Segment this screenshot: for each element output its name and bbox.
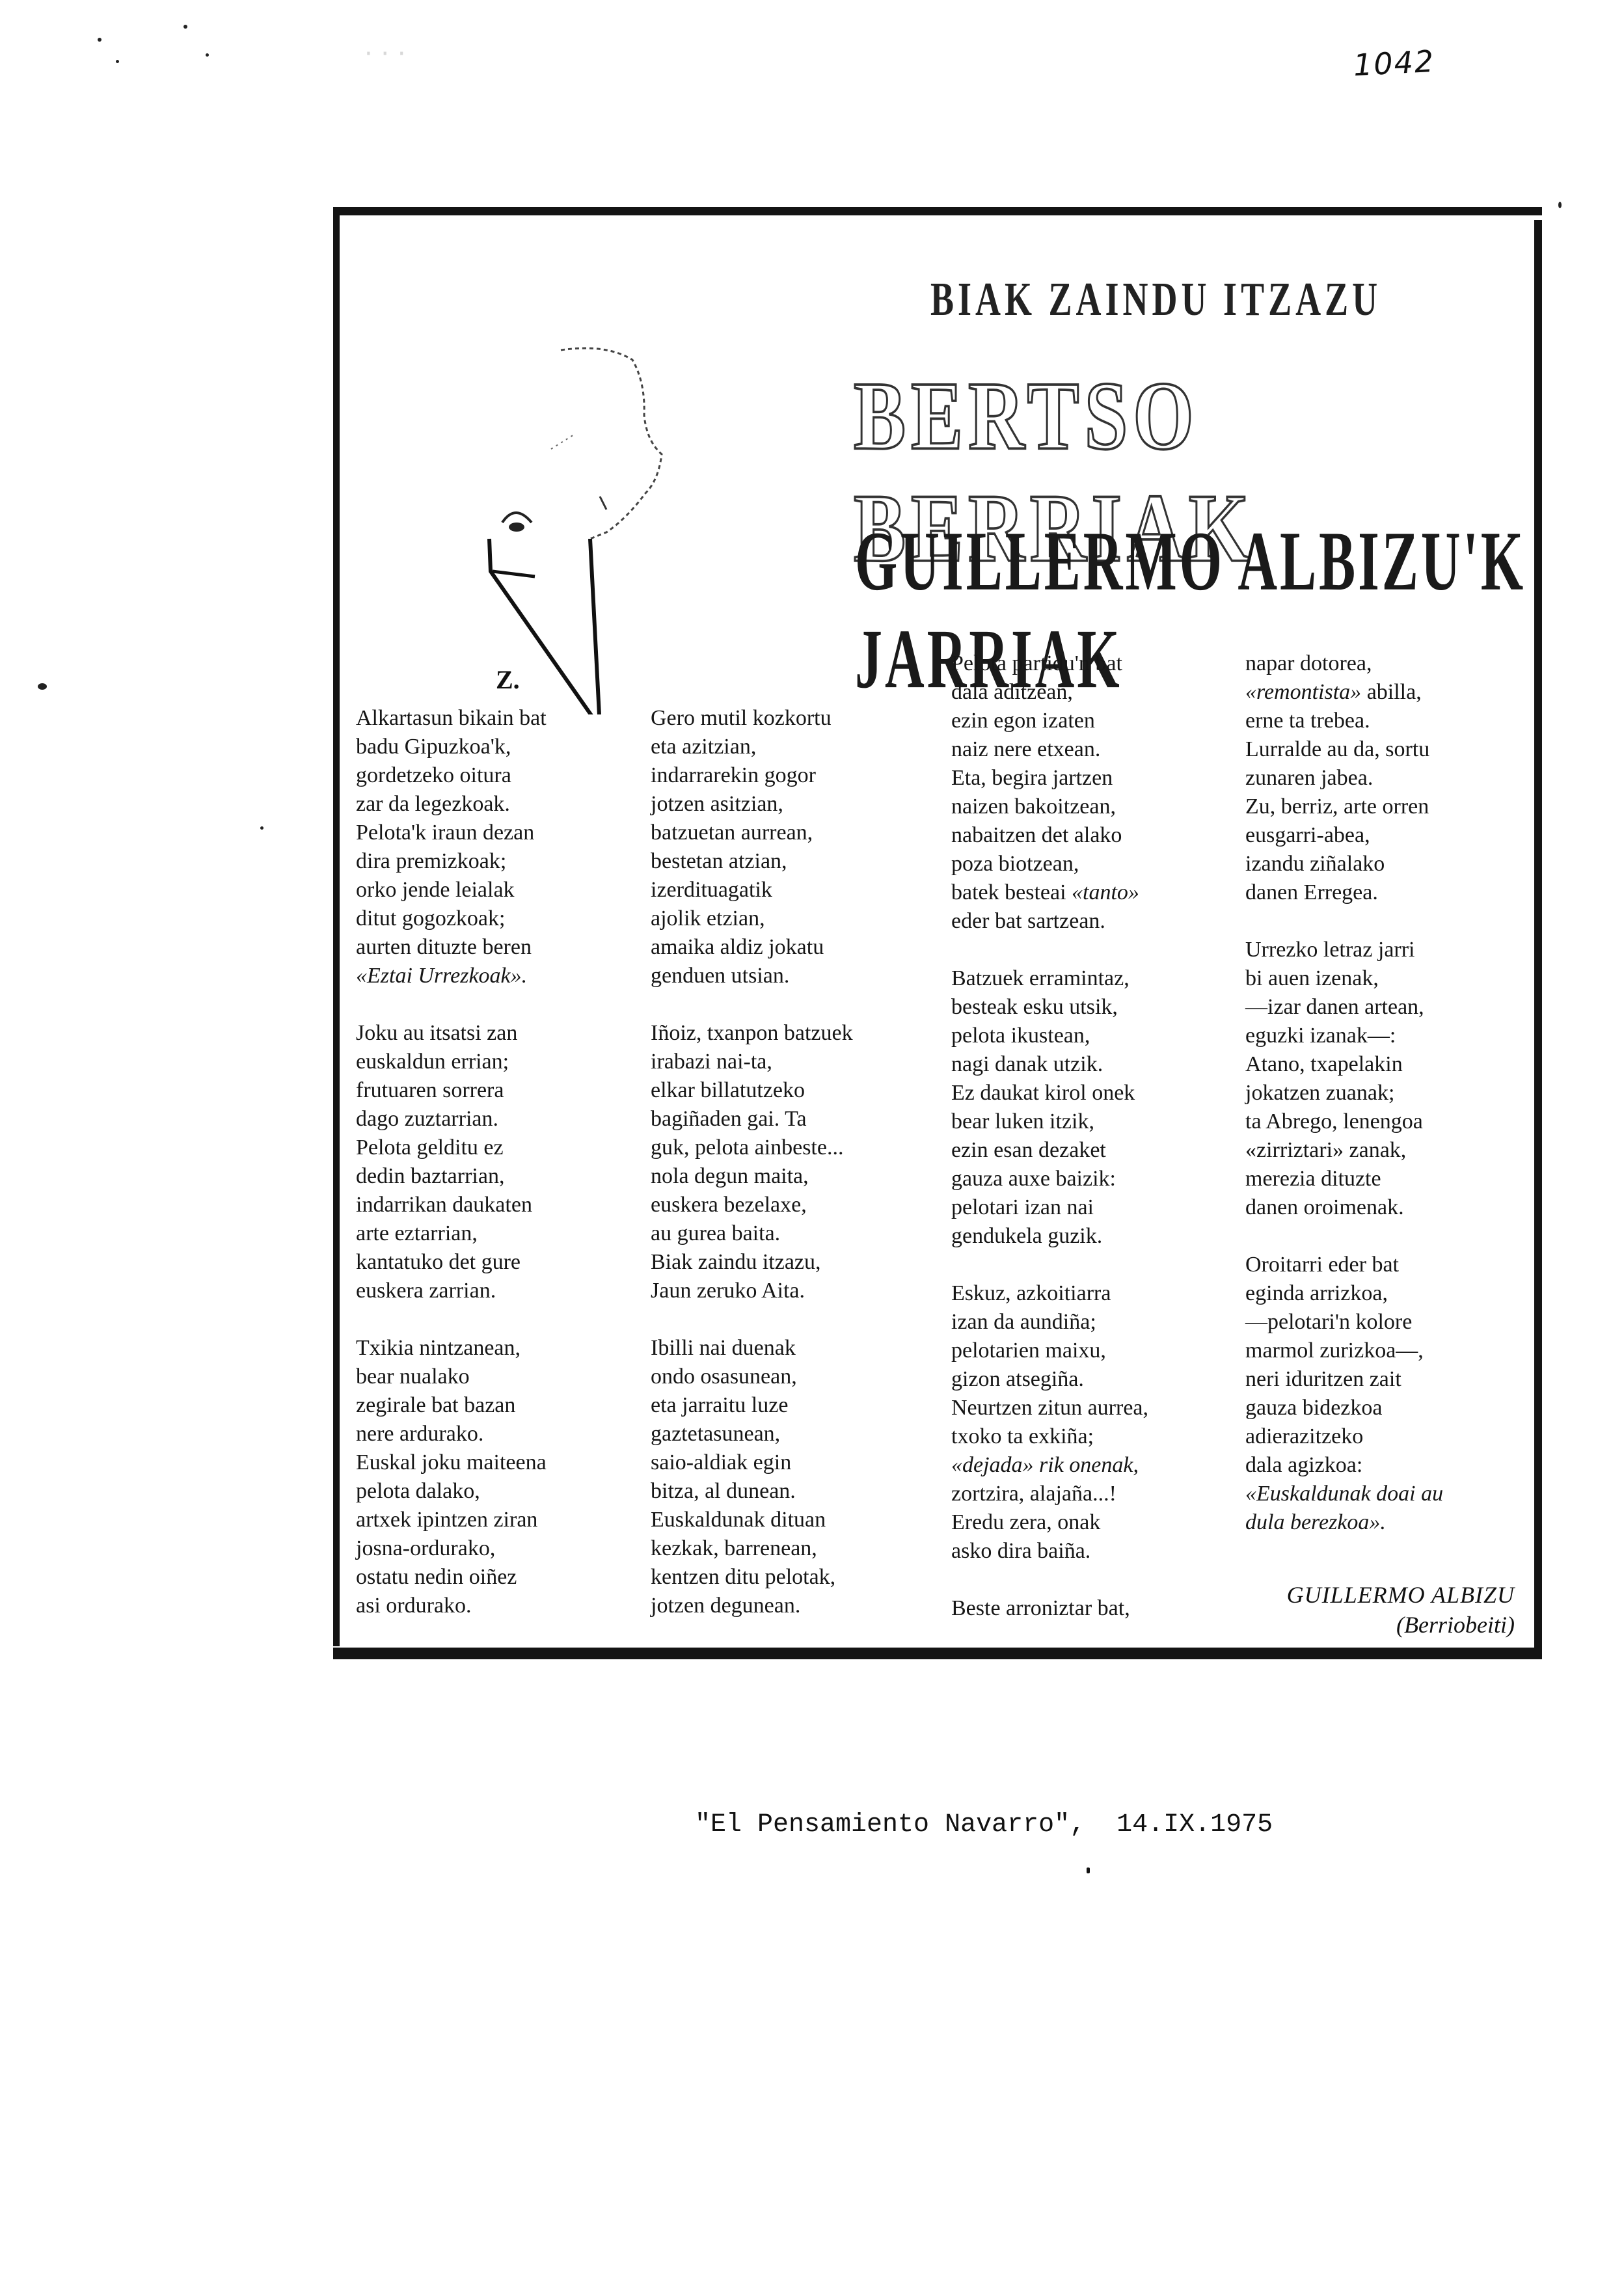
verse-line: Alkartasun bikain bat (356, 704, 629, 733)
scan-speck (183, 25, 187, 29)
verse-line: pelota dalako, (356, 1477, 629, 1506)
verse-line: pelotari izan nai (951, 1193, 1238, 1222)
verse-line: eder bat sartzean. (951, 907, 1238, 936)
verse-line: izan da aundiña; (951, 1308, 1238, 1337)
verse-line: jokatzen zuanak; (1245, 1079, 1519, 1107)
stanza: Urrezko letraz jarribi auen izenak,—izar… (1245, 936, 1519, 1222)
verse-line: badu Gipuzkoa'k, (356, 733, 629, 761)
verse-line: eta jarraitu luze (651, 1391, 937, 1420)
verse-line: gauza bidezkoa (1245, 1394, 1519, 1422)
verse-line: Ibilli nai duenak (651, 1334, 937, 1363)
verse-line: «dejada» rik onenak, (951, 1451, 1238, 1480)
verse-line: Iñoiz, txanpon batzuek (651, 1019, 937, 1048)
verse-line: au gurea baita. (651, 1219, 937, 1248)
signature: GUILLERMO ALBIZU (Berriobeiti) (1287, 1580, 1515, 1640)
verse-line: gordetzeko oitura (356, 761, 629, 790)
stanza: Joku au itsatsi zaneuskaldun errian;frut… (356, 1019, 629, 1305)
verse-line: ajolik etzian, (651, 904, 937, 933)
stanza: Oroitarri eder bateginda arrizkoa,—pelot… (1245, 1251, 1519, 1537)
verse-line: indarrarekin gogor (651, 761, 937, 790)
verse-line: nagi danak utzik. (951, 1050, 1238, 1079)
verse-line: elkar billatutzeko (651, 1076, 937, 1105)
verse-line: Pelota gelditu ez (356, 1134, 629, 1162)
verse-line: bagiñaden gai. Ta (651, 1105, 937, 1134)
stanza: Batzuek erramintaz,besteak esku utsik,pe… (951, 964, 1238, 1251)
verse-line: arte eztarrian, (356, 1219, 629, 1248)
verse-line: besteak esku utsik, (951, 993, 1238, 1022)
verse-line: Oroitarri eder bat (1245, 1251, 1519, 1279)
newspaper-clipping: Z. BIAK ZAINDU ITZAZU BERTSO BERRIAK GUI… (333, 207, 1542, 1646)
border-left (333, 207, 340, 1646)
verse-line: dira premizkoak; (356, 847, 629, 876)
verse-line: euskera zarrian. (356, 1277, 629, 1305)
verse-line: izerdituagatik (651, 876, 937, 904)
verse-line: ondo osasunean, (651, 1363, 937, 1391)
author-pseudonym: (Berriobeiti) (1287, 1610, 1515, 1640)
verse-line: zortzira, alajaña...! (951, 1480, 1238, 1508)
verse-line: eta azitzian, (651, 733, 937, 761)
verse-line: Atano, txapelakin (1245, 1050, 1519, 1079)
verse-line: neri iduritzen zait (1245, 1365, 1519, 1394)
verse-line: dula berezkoa». (1245, 1508, 1519, 1537)
verse-line: zunaren jabea. (1245, 764, 1519, 793)
verse-line: dago zuztarrian. (356, 1105, 629, 1134)
verse-line: ezin egon izaten (951, 707, 1238, 735)
stanza: Gero mutil kozkortueta azitzian,indarrar… (651, 704, 937, 990)
verse-line: bear luken itzik, (951, 1107, 1238, 1136)
verse-line: poza biotzean, (951, 850, 1238, 878)
scan-speck (260, 826, 264, 830)
stanza: Eskuz, azkoitiarraizan da aundiña;pelota… (951, 1279, 1238, 1566)
verse-line: Biak zaindu itzazu, (651, 1248, 937, 1277)
verse-line: gizon atsegiña. (951, 1365, 1238, 1394)
poem-column: Alkartasun bikain batbadu Gipuzkoa'k,gor… (356, 704, 629, 1620)
border-top (333, 207, 1542, 215)
verse-line: frutuaren sorrera (356, 1076, 629, 1105)
verse-line: napar dotorea, (1245, 649, 1519, 678)
verse-line: «Euskaldunak doai au (1245, 1480, 1519, 1508)
verse-line: kentzen ditu pelotak, (651, 1563, 937, 1592)
verse-line: gauza auxe baizik: (951, 1165, 1238, 1193)
verse-line: asko dira baiña. (951, 1537, 1238, 1566)
verse-line: eusgarri-abea, (1245, 821, 1519, 850)
stanza: Ibilli nai duenakondo osasunean,eta jarr… (651, 1334, 937, 1620)
verse-line: Urrezko letraz jarri (1245, 936, 1519, 964)
verse-line: ta Abrego, lenengoa (1245, 1107, 1519, 1136)
verse-line: zegirale bat bazan (356, 1391, 629, 1420)
verse-line: ditut gogozkoak; (356, 904, 629, 933)
verse-line: batzuetan aurrean, (651, 819, 937, 847)
caricature-portrait-icon: Z. (411, 246, 697, 714)
verse-line: asi ordurako. (356, 1592, 629, 1620)
verse-line: dala aditzean, (951, 678, 1238, 707)
verse-line: eginda arrizkoa, (1245, 1279, 1519, 1308)
verse-line: txoko ta exkiña; (951, 1422, 1238, 1451)
verse-line: danen Erregea. (1245, 878, 1519, 907)
stanza: Iñoiz, txanpon batzuekirabazi nai-ta,elk… (651, 1019, 937, 1305)
verse-line: nere ardurako. (356, 1420, 629, 1448)
verse-line: gaztetasunean, (651, 1420, 937, 1448)
verse-line: «remontista» abilla, (1245, 678, 1519, 707)
stanza: Beste arroniztar bat, (951, 1594, 1238, 1623)
verse-line: euskera bezelaxe, (651, 1191, 937, 1219)
verse-line: indarrikan daukaten (356, 1191, 629, 1219)
poem-column: Pelota partidu'n batdala aditzean,ezin e… (951, 649, 1238, 1623)
stanza: Alkartasun bikain batbadu Gipuzkoa'k,gor… (356, 704, 629, 990)
verse-line: pelotarien maixu, (951, 1337, 1238, 1365)
verse-line: Eta, begira jartzen (951, 764, 1238, 793)
verse-line: «Eztai Urrezkoak». (356, 962, 629, 990)
verse-line: —pelotari'n kolore (1245, 1308, 1519, 1337)
verse-line: Euskaldunak dituan (651, 1506, 937, 1534)
verse-line: aurten dituzte beren (356, 933, 629, 962)
verse-line: saio-aldiak egin (651, 1448, 937, 1477)
verse-line: Pelota'k iraun dezan (356, 819, 629, 847)
scan-speck (98, 38, 101, 42)
verse-line: nabaitzen det alako (951, 821, 1238, 850)
verse-line: Lurralde au da, sortu (1245, 735, 1519, 764)
verse-line: nola degun maita, (651, 1162, 937, 1191)
verse-line: artxek ipintzen ziran (356, 1506, 629, 1534)
stanza: napar dotorea,«remontista» abilla,erne t… (1245, 649, 1519, 907)
verse-line: guk, pelota ainbeste... (651, 1134, 937, 1162)
verse-line: irabazi nai-ta, (651, 1048, 937, 1076)
verse-line: Pelota partidu'n bat (951, 649, 1238, 678)
poem-column: napar dotorea,«remontista» abilla,erne t… (1245, 649, 1519, 1537)
verse-line: Eskuz, azkoitiarra (951, 1279, 1238, 1308)
faint-stamp: · · · (364, 39, 406, 69)
verse-line: Ez daukat kirol onek (951, 1079, 1238, 1107)
scan-speck (116, 60, 119, 63)
border-bottom (333, 1648, 1542, 1659)
verse-line: izandu ziñalako (1245, 850, 1519, 878)
verse-line: merezia dituzte (1245, 1165, 1519, 1193)
verse-line: batek besteai «tanto» (951, 878, 1238, 907)
scan-speck (38, 683, 47, 690)
verse-line: marmol zurizkoa—, (1245, 1337, 1519, 1365)
svg-text:Z.: Z. (496, 665, 520, 694)
verse-line: Joku au itsatsi zan (356, 1019, 629, 1048)
poem-column: Gero mutil kozkortueta azitzian,indarrar… (651, 704, 937, 1620)
verse-line: bi auen izenak, (1245, 964, 1519, 993)
verse-line: Gero mutil kozkortu (651, 704, 937, 733)
verse-line: naiz nere etxean. (951, 735, 1238, 764)
verse-line: adierazitzeko (1245, 1422, 1519, 1451)
verse-line: genduen utsian. (651, 962, 937, 990)
verse-line: kantatuko det gure (356, 1248, 629, 1277)
verse-line: dedin baztarrian, (356, 1162, 629, 1191)
stanza: Pelota partidu'n batdala aditzean,ezin e… (951, 649, 1238, 936)
verse-line: Neurtzen zitun aurrea, (951, 1394, 1238, 1422)
verse-line: erne ta trebea. (1245, 707, 1519, 735)
verse-line: «zirriztari» zanak, (1245, 1136, 1519, 1165)
verse-line: Zu, berriz, arte orren (1245, 793, 1519, 821)
verse-line: bear nualako (356, 1363, 629, 1391)
verse-line: danen oroimenak. (1245, 1193, 1519, 1222)
verse-line: Beste arroniztar bat, (951, 1594, 1238, 1623)
verse-line: josna-ordurako, (356, 1534, 629, 1563)
verse-line: bestetan atzian, (651, 847, 937, 876)
verse-line: —izar danen artean, (1245, 993, 1519, 1022)
page-number: 1042 (1353, 44, 1436, 83)
stanza: Txikia nintzanean,bear nualakozegirale b… (356, 1334, 629, 1620)
verse-line: gendukela guzik. (951, 1222, 1238, 1251)
scan-speck (206, 53, 209, 57)
verse-line: euskaldun errian; (356, 1048, 629, 1076)
verse-line: kezkak, barrenean, (651, 1534, 937, 1563)
verse-line: Euskal joku maiteena (356, 1448, 629, 1477)
verse-line: jotzen degunean. (651, 1592, 937, 1620)
verse-line: ostatu nedin oiñez (356, 1563, 629, 1592)
verse-line: Jaun zeruko Aita. (651, 1277, 937, 1305)
verse-line: eguzki izanak—: (1245, 1022, 1519, 1050)
verse-line: zar da legezkoak. (356, 790, 629, 819)
verse-line: pelota ikustean, (951, 1022, 1238, 1050)
source-citation: "El Pensamiento Navarro", 14.IX.1975 (695, 1810, 1273, 1840)
article-kicker: BIAK ZAINDU ITZAZU (930, 272, 1381, 327)
verse-line: bitza, al dunean. (651, 1477, 937, 1506)
verse-line: naizen bakoitzean, (951, 793, 1238, 821)
verse-line: Txikia nintzanean, (356, 1334, 629, 1363)
verse-line: amaika aldiz jokatu (651, 933, 937, 962)
verse-line: Batzuek erramintaz, (951, 964, 1238, 993)
verse-line: ezin esan dezaket (951, 1136, 1238, 1165)
scan-speck (1558, 202, 1562, 208)
author-name: GUILLERMO ALBIZU (1287, 1580, 1515, 1610)
verse-line: Eredu zera, onak (951, 1508, 1238, 1537)
scan-speck (1087, 1868, 1090, 1873)
verse-line: orko jende leialak (356, 876, 629, 904)
verse-line: dala agizkoa: (1245, 1451, 1519, 1480)
verse-line: jotzen asitzian, (651, 790, 937, 819)
